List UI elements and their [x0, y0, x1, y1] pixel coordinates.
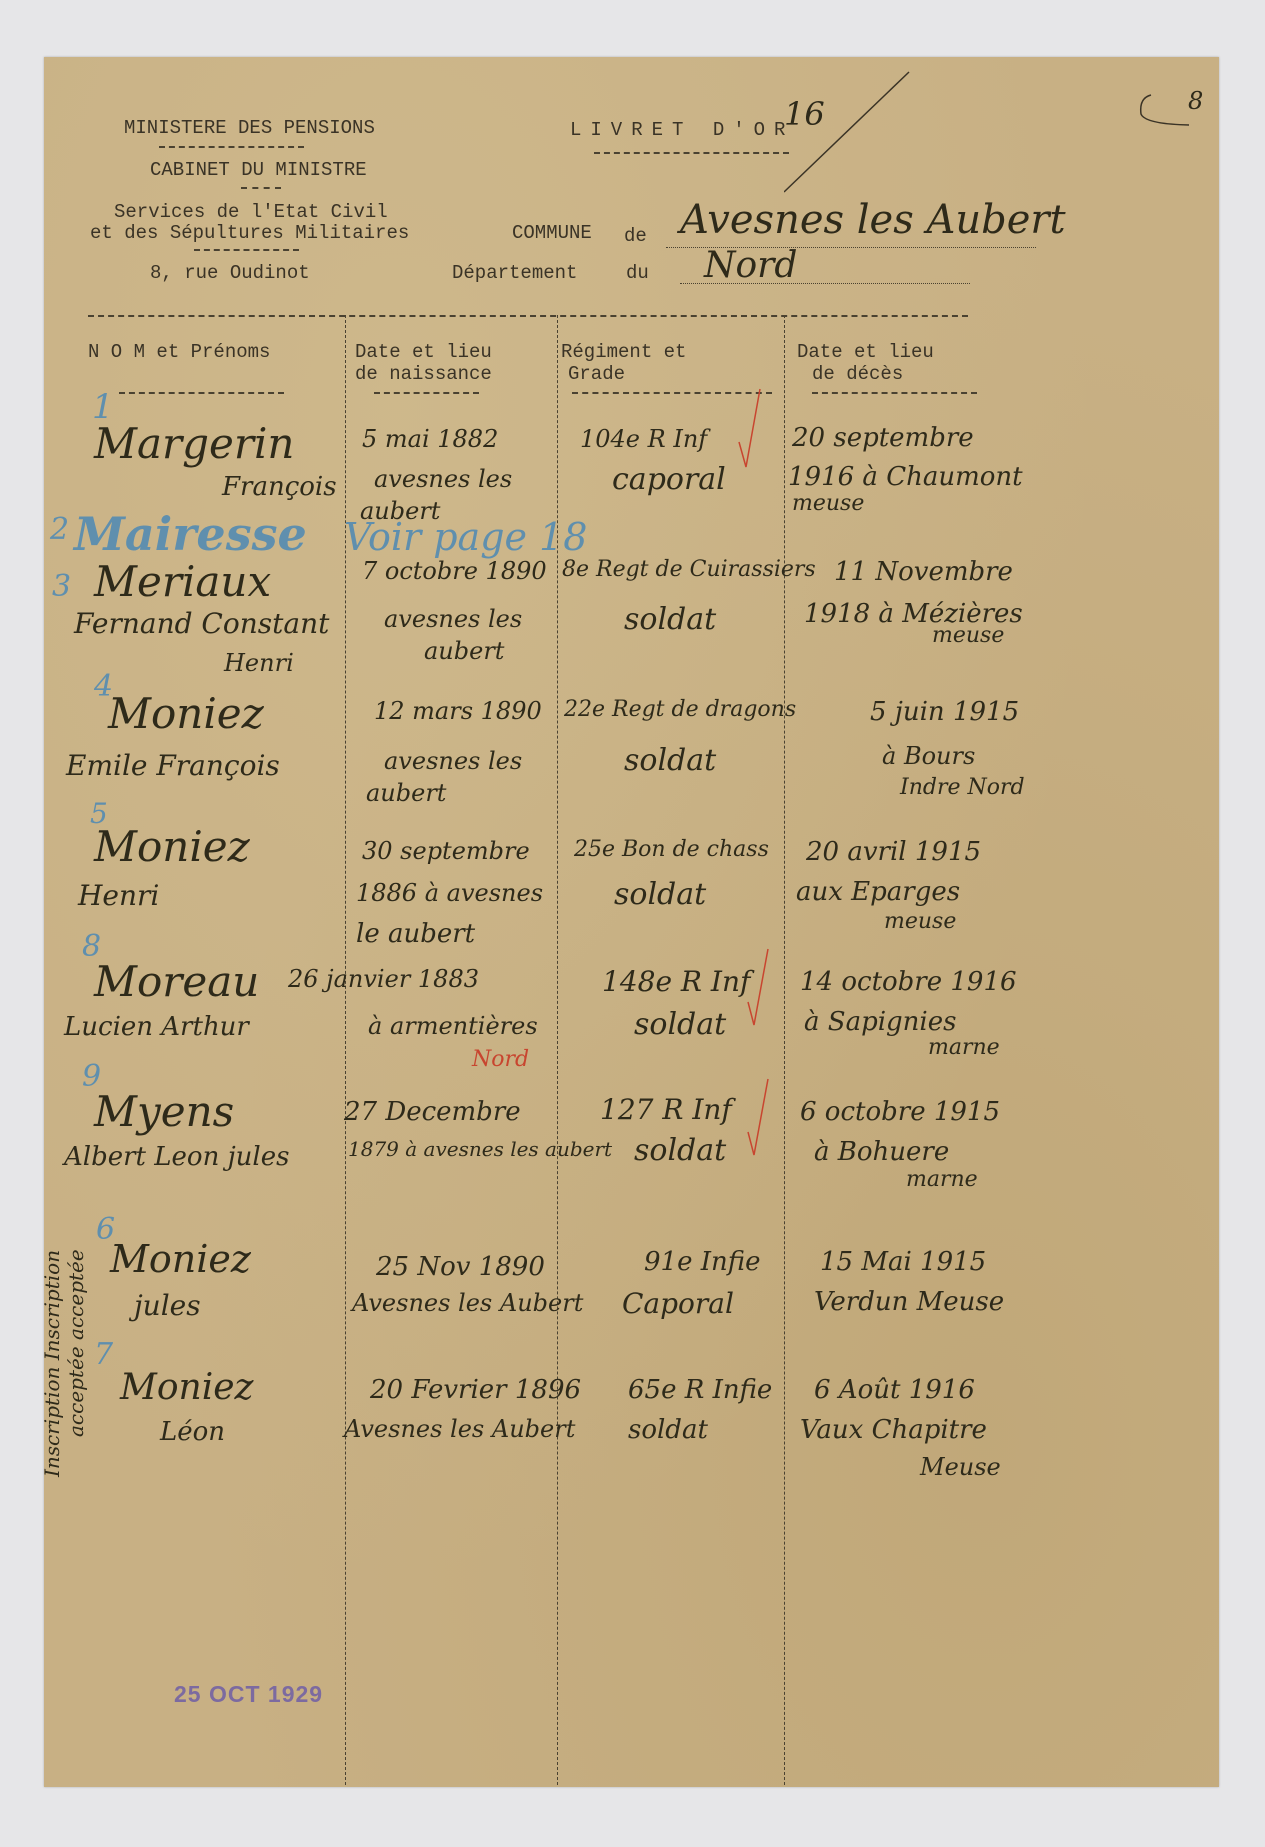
birth-date: 26 janvier 1883 — [288, 965, 479, 993]
death-date: 11 Novembre — [834, 557, 1013, 587]
margin-note-line: Inscription Inscription — [40, 1249, 64, 1477]
column-header-birth-1: Date et lieu — [355, 341, 492, 363]
row-number: 3 — [52, 569, 71, 604]
birth-date: 5 mai 1882 — [362, 425, 498, 453]
death-date: 6 Août 1916 — [814, 1375, 975, 1405]
regiment: 22e Regt de dragons — [564, 697, 796, 722]
row-number: 2 — [50, 512, 69, 547]
divider — [194, 249, 299, 251]
death-dept: meuse — [932, 623, 1004, 648]
column-header-name: N O M et Prénoms — [88, 341, 270, 363]
column-header-regiment-2: Grade — [568, 363, 625, 385]
birth-place: le aubert — [356, 919, 475, 949]
grade: soldat — [634, 1007, 726, 1042]
death-place: à Sapignies — [804, 1007, 956, 1037]
given-names: Albert Leon jules — [64, 1142, 289, 1172]
surname: Moniez — [108, 689, 264, 738]
death-dept: meuse — [884, 909, 956, 934]
birth-date: 27 Decembre — [344, 1097, 521, 1127]
commune-label: COMMUNE — [512, 222, 592, 244]
birth-place: 1879 à avesnes les aubert — [348, 1137, 612, 1161]
grade: soldat — [624, 743, 716, 778]
surname: Moniez — [120, 1367, 254, 1408]
birth-date: 30 septembre — [362, 837, 530, 865]
regiment: 65e R Infie — [628, 1375, 772, 1405]
grade: soldat — [628, 1415, 708, 1445]
ministry-title: MINISTERE DES PENSIONS — [124, 117, 375, 139]
surname: Moniez — [94, 822, 250, 871]
services-line-2: et des Sépultures Militaires — [90, 222, 409, 244]
death-date: 20 septembre — [792, 423, 974, 453]
margin-note-line: acceptée acceptée — [64, 1249, 88, 1477]
document-page: MINISTERE DES PENSIONS CABINET DU MINIST… — [44, 57, 1219, 1787]
death-date: 6 octobre 1915 — [800, 1097, 1000, 1127]
death-place: Verdun Meuse — [814, 1287, 1004, 1317]
death-place: Vaux Chapitre — [800, 1415, 987, 1445]
divider — [159, 146, 304, 148]
given-names: Léon — [160, 1417, 225, 1447]
grade: Caporal — [622, 1287, 734, 1320]
cross-reference-note: Voir page 18 — [344, 515, 587, 559]
death-date: 15 Mai 1915 — [820, 1247, 986, 1277]
grade: soldat — [624, 602, 716, 637]
surname: Margerin — [94, 419, 294, 468]
column-divider — [784, 315, 785, 1785]
regiment: 148e R Inf — [602, 965, 750, 998]
margin-note: Inscription Inscription acceptée accepté… — [40, 1249, 88, 1477]
death-dept: marne — [906, 1167, 978, 1192]
slash-mark-icon — [784, 67, 924, 197]
document-title: LIVRET D'OR — [570, 119, 794, 141]
surname: Meriaux — [94, 557, 271, 606]
departement-line — [680, 283, 970, 284]
departement-label: Département — [452, 262, 577, 284]
column-header-death-1: Date et lieu — [797, 341, 934, 363]
row-number: 7 — [94, 1337, 113, 1372]
departement-prep: du — [626, 262, 649, 284]
address: 8, rue Oudinot — [150, 262, 310, 284]
red-check-icon — [744, 1077, 774, 1177]
death-place: à Bours — [882, 742, 975, 770]
death-dept: meuse — [792, 491, 864, 516]
birth-place: 1886 à avesnes — [356, 879, 543, 907]
death-date: 14 octobre 1916 — [800, 967, 1017, 997]
departement-value: Nord — [704, 245, 797, 286]
birth-place: avesnes les — [384, 605, 522, 633]
red-check-icon — [734, 387, 764, 487]
grade: soldat — [634, 1133, 726, 1168]
given-names: Lucien Arthur — [64, 1012, 249, 1042]
header-underline — [119, 392, 284, 394]
given-names: jules — [134, 1289, 201, 1322]
regiment: 104e R Inf — [580, 425, 707, 453]
surname: Mairesse — [74, 507, 307, 561]
surname: Myens — [94, 1087, 234, 1136]
given-names: Henri — [224, 649, 294, 677]
birth-place: avesnes les — [384, 747, 522, 775]
grade: soldat — [614, 877, 706, 912]
red-annotation: Nord — [472, 1047, 529, 1072]
surname: Moreau — [94, 957, 259, 1006]
header-underline — [812, 392, 977, 394]
given-names: Henri — [78, 879, 159, 912]
grade: caporal — [612, 462, 726, 497]
death-place: aux Eparges — [796, 877, 960, 907]
regiment: 25e Bon de chass — [574, 837, 769, 862]
red-check-icon — [744, 947, 774, 1047]
birth-place: Avesnes les Aubert — [352, 1289, 583, 1317]
folio-bracket-icon — [1139, 90, 1199, 130]
regiment: 91e Infie — [644, 1247, 760, 1277]
column-header-death-2: de décès — [812, 363, 903, 385]
birth-place: aubert — [424, 637, 504, 665]
date-stamp: 25 OCT 1929 — [174, 1681, 323, 1708]
cabinet-title: CABINET DU MINISTRE — [150, 159, 367, 181]
regiment: 127 R Inf — [600, 1093, 732, 1126]
column-header-birth-2: de naissance — [355, 363, 492, 385]
given-names: Fernand Constant — [74, 607, 329, 640]
given-names: François — [222, 472, 337, 502]
death-dept: Indre Nord — [900, 775, 1025, 800]
title-underline — [594, 152, 789, 154]
divider — [241, 187, 281, 189]
birth-date: 7 octobre 1890 — [362, 557, 547, 585]
death-dept: marne — [928, 1035, 1000, 1060]
birth-place: avesnes les — [374, 465, 512, 493]
birth-place: Avesnes les Aubert — [344, 1415, 575, 1443]
column-header-regiment-1: Régiment et — [561, 341, 686, 363]
commune-value: Avesnes les Aubert — [680, 197, 1066, 243]
header-underline — [374, 392, 479, 394]
death-dept: Meuse — [920, 1453, 1001, 1481]
birth-place: à armentières — [368, 1012, 538, 1040]
birth-date: 20 Fevrier 1896 — [370, 1375, 581, 1405]
table-top-rule — [88, 315, 968, 317]
death-date: 5 juin 1915 — [870, 697, 1019, 727]
commune-prep: de — [624, 225, 647, 247]
death-place: 1916 à Chaumont — [788, 462, 1023, 492]
services-line-1: Services de l'Etat Civil — [114, 201, 388, 223]
surname: Moniez — [110, 1237, 251, 1281]
death-place: à Bohuere — [814, 1137, 949, 1167]
given-names: Emile François — [66, 749, 280, 782]
death-date: 20 avril 1915 — [806, 837, 981, 867]
birth-date: 25 Nov 1890 — [376, 1252, 545, 1282]
birth-place: aubert — [366, 779, 446, 807]
birth-date: 12 mars 1890 — [374, 697, 542, 725]
regiment: 8e Regt de Cuirassiers — [562, 557, 816, 582]
